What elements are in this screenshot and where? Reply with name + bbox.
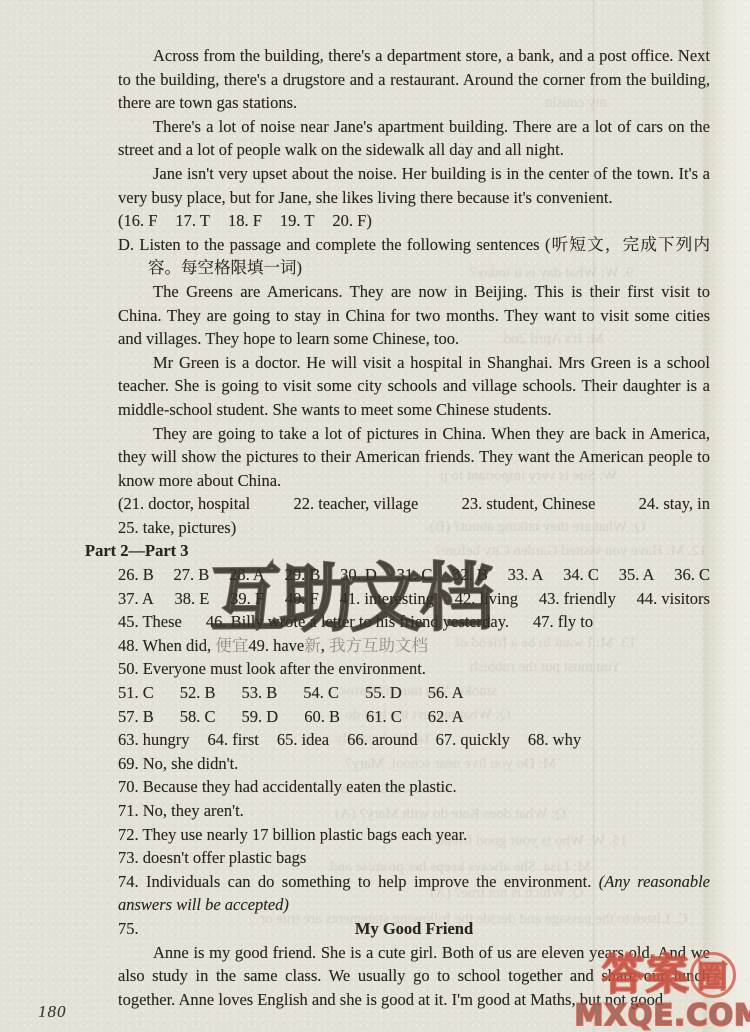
answer-73: 73. doesn't offer plastic bags: [118, 846, 710, 870]
answer-item: 53. B: [242, 681, 278, 705]
answer-71: 71. No, they aren't.: [118, 799, 710, 823]
composition-body: Anne is my good friend. She is a cute gi…: [118, 941, 710, 1012]
answer-item: 40. F: [285, 587, 319, 611]
answers-16-20: (16. F17. T18. F19. T20. F): [118, 209, 710, 233]
answer-text: 48. When did,: [118, 636, 215, 655]
answer-item: 52. B: [180, 681, 216, 705]
answer-item: 54. C: [303, 681, 339, 705]
answer-item: 56. A: [428, 681, 464, 705]
answer-50: 50. Everyone must look after the environ…: [118, 657, 710, 681]
inline-watermark-text: 便宜: [215, 636, 248, 655]
answers-26-36: 26. B27. B28. A29. B30. D31. C32. B33. A…: [118, 563, 710, 587]
answers-63-68: 63. hungry64. first65. idea66. around67.…: [118, 728, 710, 752]
answers-25: 25. take, pictures): [118, 516, 710, 540]
answer-72: 72. They use nearly 17 billion plastic b…: [118, 823, 710, 847]
passage-c-paragraph-2: There's a lot of noise near Jane's apart…: [118, 115, 710, 162]
passage-c-paragraph-3: Jane isn't very upset about the noise. H…: [118, 162, 710, 209]
answer-75-number: 75.: [118, 917, 139, 941]
answers-45-47: 45. These46. Billy wrote a letter to his…: [118, 610, 710, 634]
answer-text: ,: [321, 636, 329, 655]
scanned-answer-page: my cousin9. W: What day is it today?M: I…: [0, 0, 750, 1032]
answer-item: 44. visitors: [637, 587, 710, 611]
answers-37-44: 37. A38. E39. F40. F41. interesting42. l…: [118, 587, 710, 611]
answer-item: 27. B: [174, 563, 210, 587]
answer-item: 36. C: [674, 563, 710, 587]
answer-item: 29. B: [285, 563, 321, 587]
answer-item: 47. fly to: [533, 610, 593, 634]
answer-70: 70. Because they had accidentally eaten …: [118, 775, 710, 799]
answer-item: 58. C: [180, 705, 216, 729]
answer-item: 24. stay, in: [639, 492, 710, 516]
inline-watermark-text: 新: [304, 636, 321, 655]
answer-item: 30. D: [340, 563, 377, 587]
answer-item: 18. F: [228, 209, 262, 233]
answer-item: 23. student, Chinese: [462, 492, 596, 516]
passage-d-paragraph-2: Mr Green is a doctor. He will visit a ho…: [118, 351, 710, 422]
answer-item: 19. T: [280, 209, 315, 233]
answer-item: 66. around: [347, 728, 418, 752]
page-number: 180: [38, 1000, 67, 1024]
answers-57-62: 57. B58. C59. D60. B61. C62. A: [118, 705, 710, 729]
answer-item: 28. A: [229, 563, 265, 587]
answer-item: 57. B: [118, 705, 154, 729]
answer-item: 38. E: [175, 587, 210, 611]
answer-item: 34. C: [563, 563, 599, 587]
answer-item: 46. Billy wrote a letter to his friend y…: [206, 610, 509, 634]
answer-item: 55. D: [365, 681, 402, 705]
answer-item: 41. interesting: [340, 587, 434, 611]
answer-item: 17. T: [175, 209, 210, 233]
passage-c-paragraph-1: Across from the building, there's a depa…: [118, 44, 710, 115]
answer-item: 51. C: [118, 681, 154, 705]
answer-item: 60. B: [304, 705, 340, 729]
answer-item: 64. first: [208, 728, 259, 752]
composition-title-row: 75. My Good Friend: [118, 917, 710, 941]
answer-69: 69. No, she didn't.: [118, 752, 710, 776]
inline-watermark-text: 我方互助文档: [329, 636, 428, 655]
composition-title: My Good Friend: [355, 919, 473, 938]
answer-item: 65. idea: [277, 728, 329, 752]
answer-74: 74. Individuals can do something to help…: [118, 870, 710, 917]
answer-item: 37. A: [118, 587, 154, 611]
answers-21-24: (21. doctor, hospital22. teacher, villag…: [118, 492, 710, 516]
answer-item: 39. F: [230, 587, 264, 611]
answer-item: 42. living: [455, 587, 518, 611]
answer-item: 32. B: [452, 563, 488, 587]
page-content: Across from the building, there's a depa…: [118, 44, 710, 1011]
section-d-heading: D. Listen to the passage and complete th…: [118, 233, 710, 280]
answers-51-56: 51. C52. B53. B54. C55. D56. A: [118, 681, 710, 705]
passage-d-paragraph-1: The Greens are Americans. They are now i…: [118, 280, 710, 351]
page-right-edge-shadow: [703, 0, 750, 1032]
answer-item: (21. doctor, hospital: [118, 492, 250, 516]
answer-item: 67. quickly: [436, 728, 510, 752]
answer-item: 33. A: [508, 563, 544, 587]
answer-item: 22. teacher, village: [293, 492, 418, 516]
answer-item: 63. hungry: [118, 728, 190, 752]
answer-item: 26. B: [118, 563, 154, 587]
answer-item: 20. F): [332, 209, 371, 233]
answer-item: (16. F: [118, 209, 157, 233]
answer-item: 35. A: [619, 563, 655, 587]
answer-74-text: 74. Individuals can do something to help…: [118, 872, 599, 891]
answer-item: 31. C: [397, 563, 433, 587]
answer-text: 49. have: [248, 636, 304, 655]
answer-item: 61. C: [366, 705, 402, 729]
answer-item: 43. friendly: [539, 587, 616, 611]
answer-item: 59. D: [242, 705, 279, 729]
answer-item: 68. why: [528, 728, 581, 752]
answer-item: 45. These: [118, 610, 182, 634]
answer-item: 62. A: [428, 705, 464, 729]
part-heading: Part 2—Part 3: [85, 539, 710, 563]
answers-48-49-with-watermark: 48. When did, 便宜49. have新, 我方互助文档: [118, 634, 710, 658]
passage-d-paragraph-3: They are going to take a lot of pictures…: [118, 422, 710, 493]
